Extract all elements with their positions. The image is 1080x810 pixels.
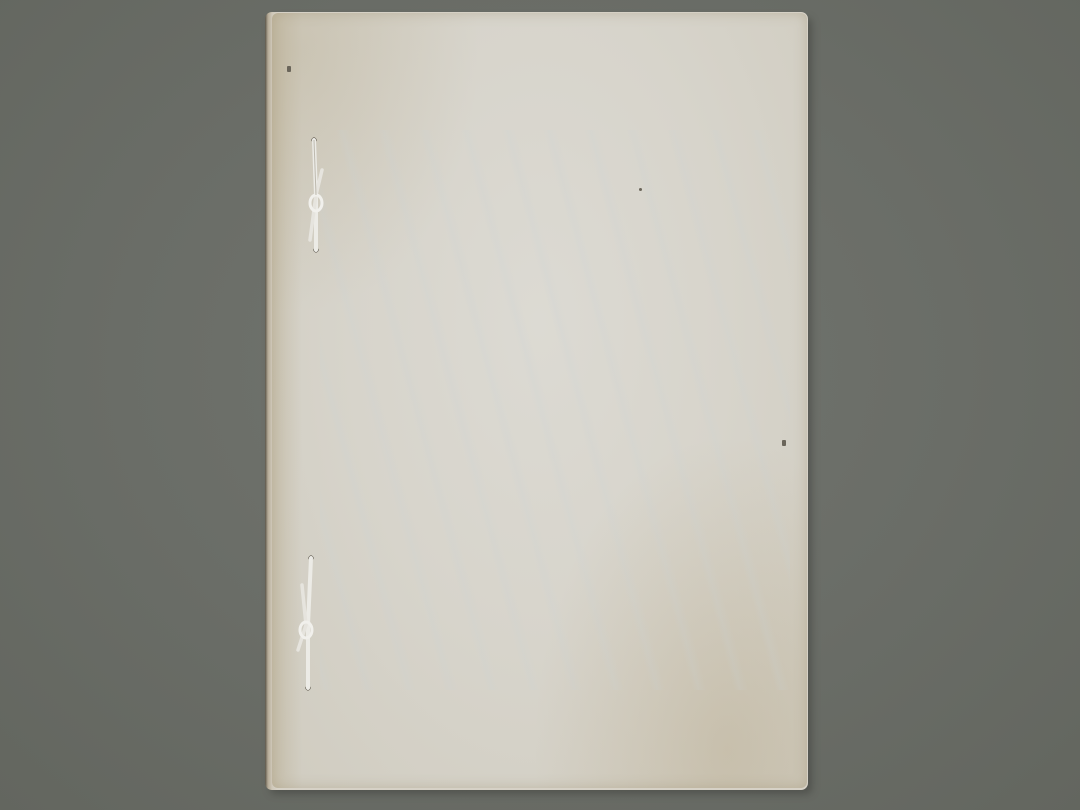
cover-speck bbox=[639, 188, 642, 191]
cover-speck bbox=[287, 66, 291, 72]
cover-watermark-pattern bbox=[320, 130, 790, 690]
upper-binding-tie bbox=[304, 135, 328, 255]
cover-speck bbox=[782, 440, 786, 446]
lower-binding-tie bbox=[294, 555, 318, 695]
